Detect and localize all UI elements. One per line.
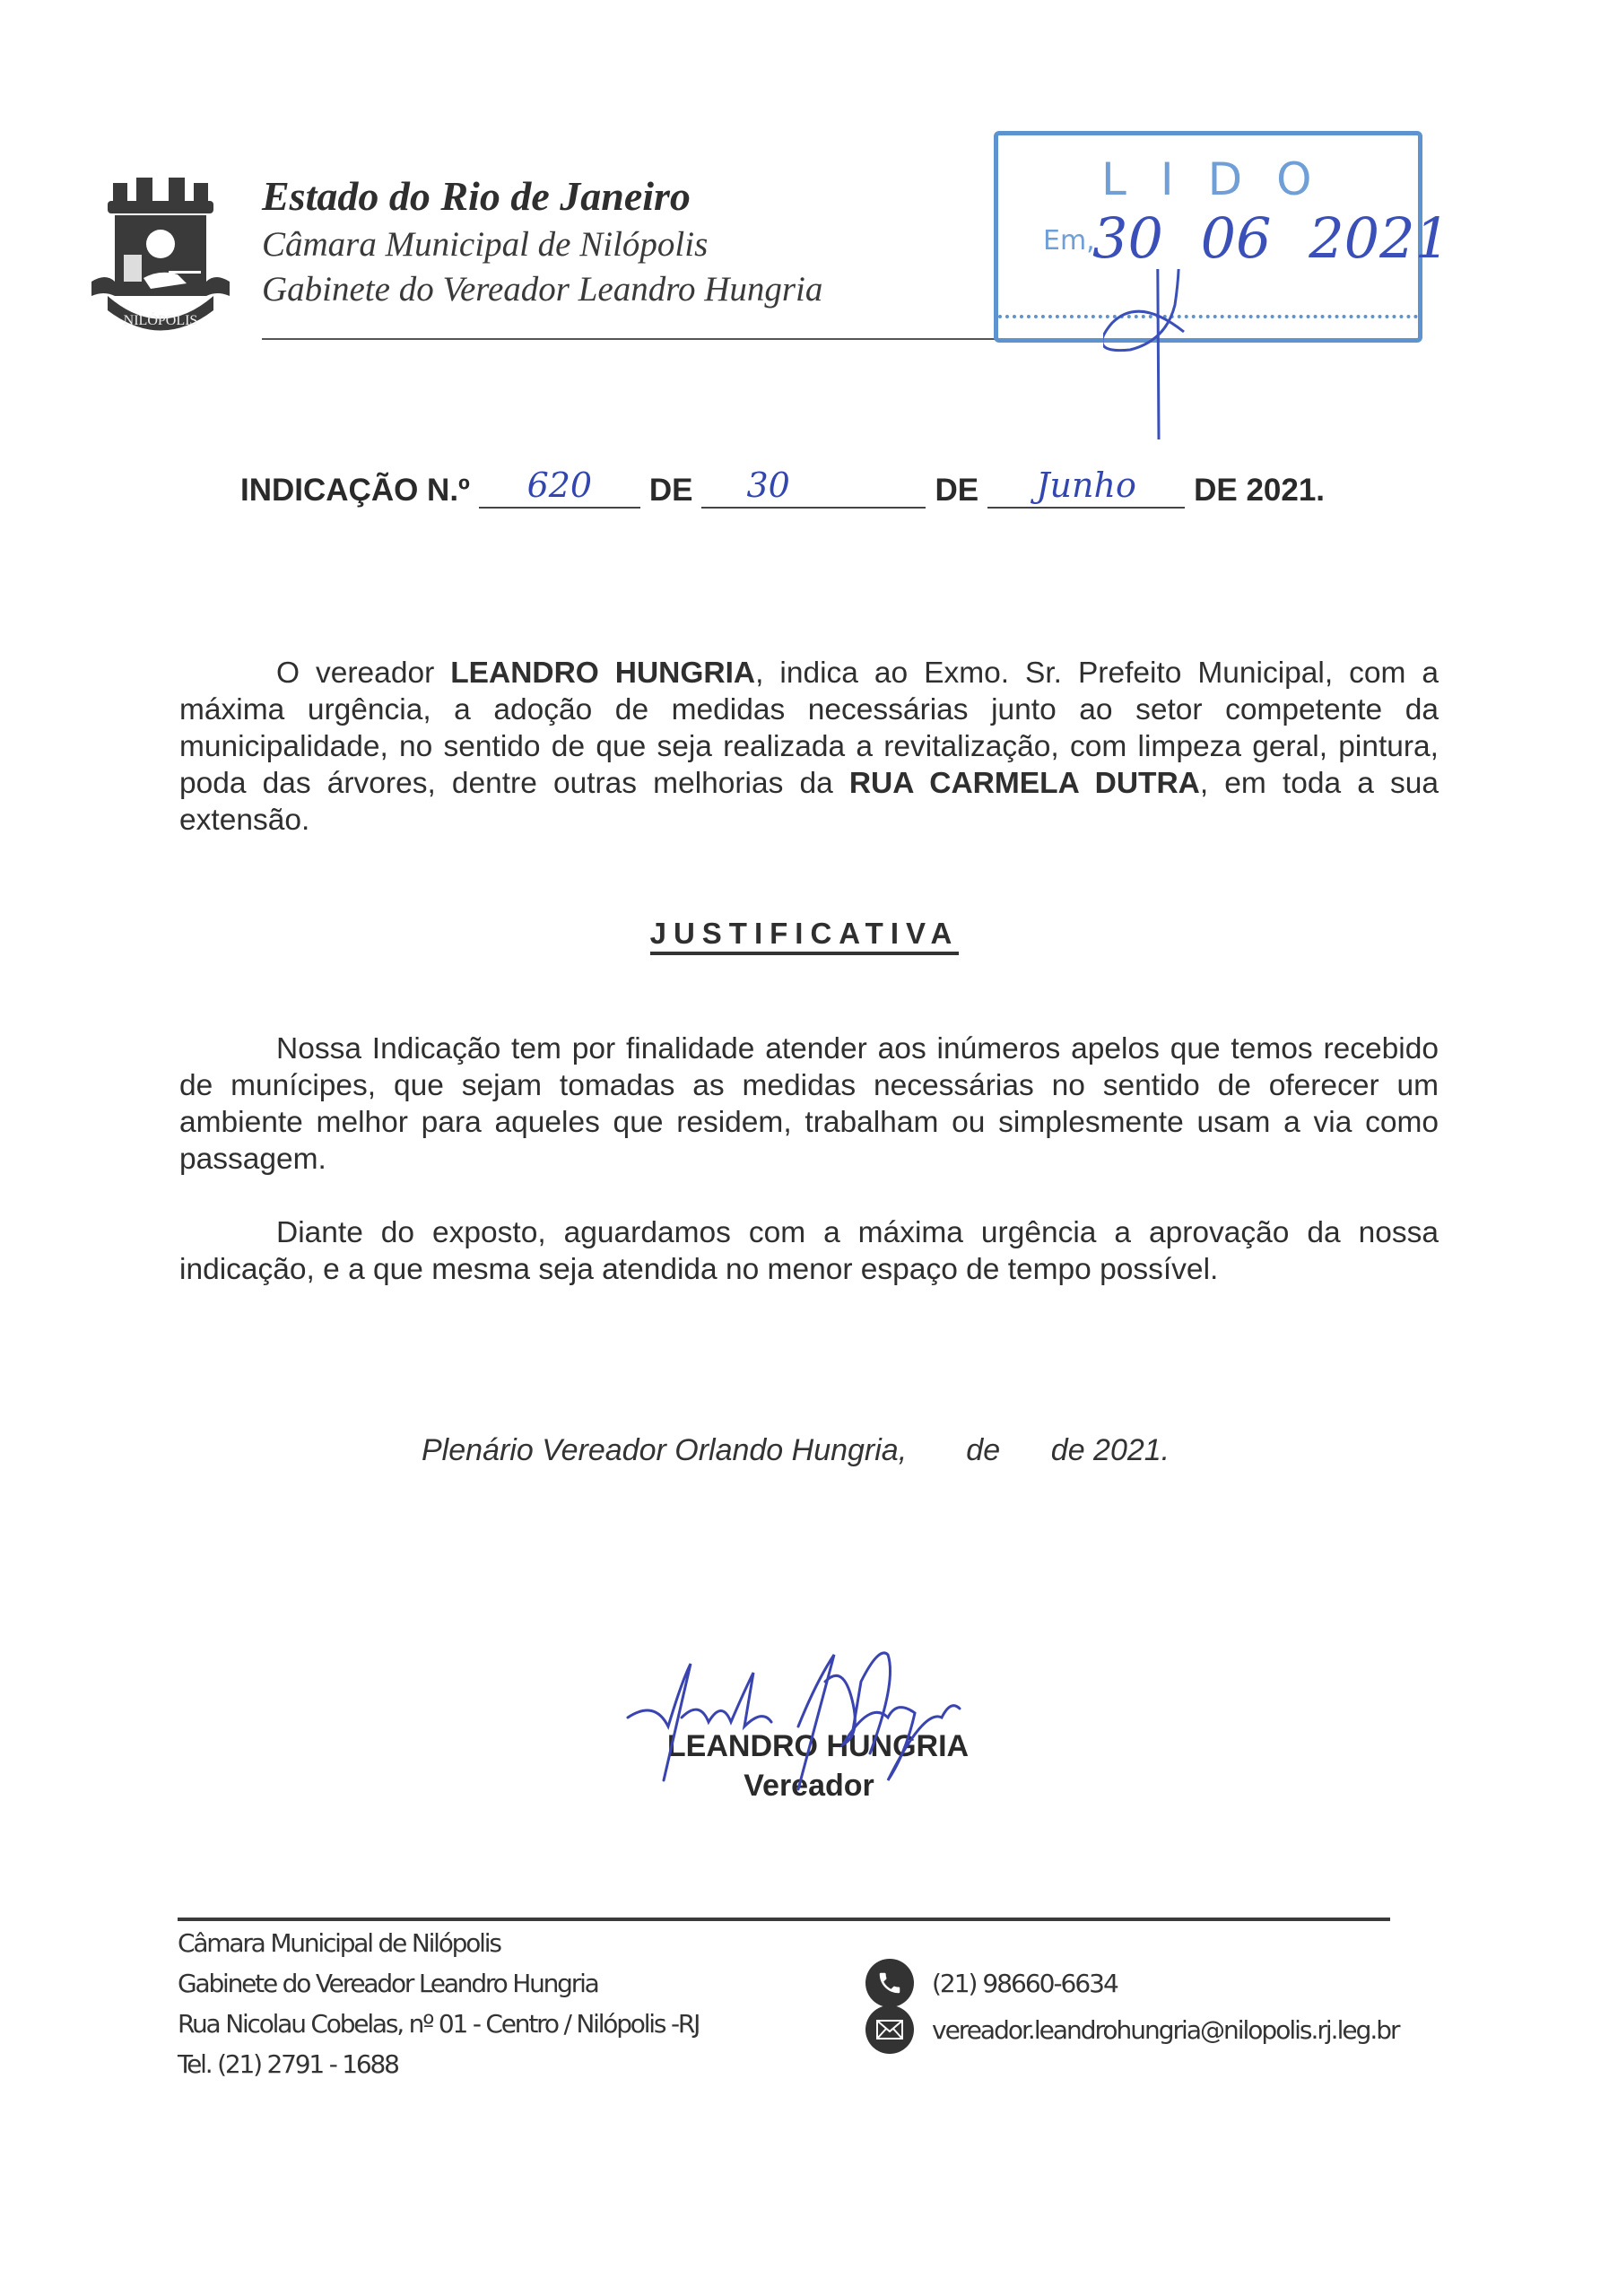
whatsapp-contact: (21) 98660-6634 [865,1959,1118,2007]
email-contact: vereador.leandrohungria@nilopolis.rj.leg… [865,2005,1399,2054]
indicacao-day-field: 30 [701,471,926,509]
indicacao-de-2: DE [935,473,978,509]
handwritten-signature [619,1646,996,1807]
footer-phone: Tel. (21) 2791 - 1688 [178,2049,398,2079]
indicacao-month-field: Junho [987,471,1185,509]
stamp-initials-scribble [1103,269,1229,466]
justificativa-heading: JUSTIFICATIVA [0,917,1609,951]
indicacao-number: 620 [479,465,640,505]
footer-address: Rua Nicolau Cobelas, nº 01 - Centro / Ni… [178,2009,699,2039]
indicacao-month: Junho [987,465,1185,505]
indicacao-heading: INDICAÇÃO N.º 620 DE 30 DE Junho DE 2021… [240,471,1325,509]
svg-text:NILÓPOLIS: NILÓPOLIS [124,311,198,328]
letterhead-chamber: Câmara Municipal de Nilópolis [262,224,708,265]
indicacao-de-1: DE [649,473,693,509]
email-address[interactable]: vereador.leandrohungria@nilopolis.rj.leg… [932,2015,1399,2045]
footer-chamber: Câmara Municipal de Nilópolis [178,1928,500,1958]
indication-paragraph: O vereador LEANDRO HUNGRIA, indica ao Ex… [179,655,1439,839]
place-date-line: Plenário Vereador Orlando Hungria, de de… [422,1433,1170,1468]
indicacao-number-field: 620 [479,471,640,509]
footer-divider [178,1918,1390,1921]
footer-office: Gabinete do Vereador Leandro Hungria [178,1969,598,1998]
whatsapp-number: (21) 98660-6634 [932,1969,1118,1998]
indicacao-label: INDICAÇÃO N.º [240,473,470,509]
indicacao-day: 30 [701,465,926,505]
stamp-label: LIDO [1101,153,1345,205]
closing-paragraph: Diante do exposto, aguardamos com a máxi… [179,1214,1439,1288]
councilor-name: LEANDRO HUNGRIA [450,657,755,690]
municipal-crest-logo: NILÓPOLIS [88,176,233,335]
justification-paragraph: Nossa Indicação tem por finalidade atend… [179,1031,1439,1178]
letterhead-title: Estado do Rio de Janeiro [262,172,691,220]
stamp-em-label: Em, [1043,225,1095,257]
stamp-handwritten-date: 30 06 2021 [1092,205,1450,271]
indicacao-year: DE 2021. [1194,473,1325,509]
street-name: RUA CARMELA DUTRA [849,767,1200,800]
letterhead-office: Gabinete do Vereador Leandro Hungria [262,269,822,309]
whatsapp-icon [865,1959,914,2007]
envelope-icon [865,2005,914,2054]
